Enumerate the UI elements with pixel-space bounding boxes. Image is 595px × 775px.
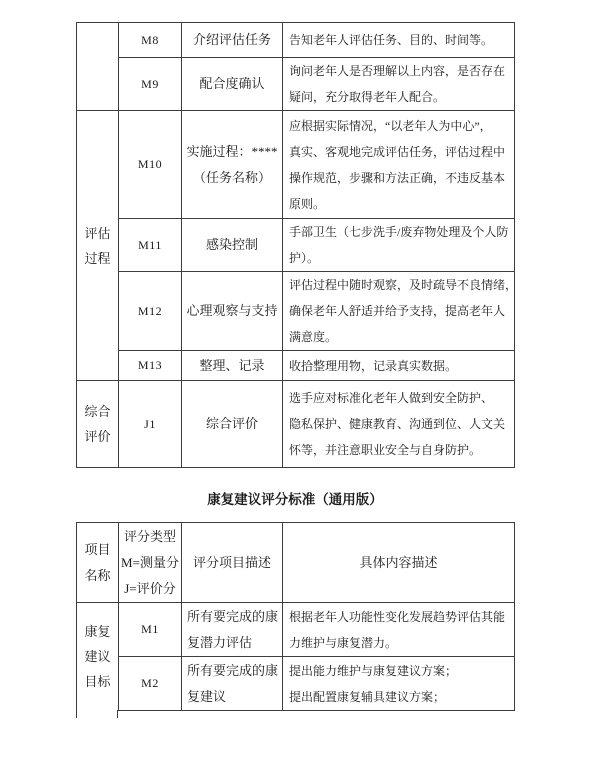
desc-cell: 手部卫生（七步洗手/废弃物处理及个人防 护）。: [283, 219, 515, 272]
table-header-row: 项目 名称 评分类型 M=测量分 J=评价分 评分项目描述 具体内容描述: [77, 523, 515, 603]
table-row: 康复 建议 目标 M1 所有要完成的康 复潜力评估 根据老年人功能性变化发展趋势…: [77, 603, 515, 657]
table-row: M2 所有要完成的康 复建议 提出能力维护与康复建议方案； 提出配置康复辅具建议…: [77, 657, 515, 711]
item-cell: 感染控制: [182, 219, 283, 272]
rehab-suggestion-table: 项目 名称 评分类型 M=测量分 J=评价分 评分项目描述 具体内容描述 康复 …: [76, 522, 515, 711]
desc-cell: 根据老年人功能性变化发展趋势评估其能 力维护与康复潜力。: [283, 603, 515, 657]
desc-cell: 选手应对标准化老年人做到安全防护、 隐私保护、健康教育、沟通到位、人文关 怀等，…: [283, 381, 515, 468]
table-row: M11 感染控制 手部卫生（七步洗手/废弃物处理及个人防 护）。: [77, 219, 515, 272]
item-cell: 实施过程：**** （任务名称）: [182, 111, 283, 219]
desc-cell: 收拾整理用物，记录真实数据。: [283, 351, 515, 381]
code-cell: M9: [119, 58, 182, 111]
desc-cell: 告知老年人评估任务、目的、时间等。: [283, 23, 515, 58]
category-cell-empty: [77, 23, 119, 111]
table-row: M12 心理观察与支持 评估过程中随时观察，及时疏导不良情绪， 确保老年人舒适并…: [77, 272, 515, 351]
section-title: 康复建议评分标准（通用版）: [76, 491, 514, 509]
desc-cell: 应根据实际情况，“以老年人为中心”， 真实、客观地完成评估任务，评估过程中 操作…: [283, 111, 515, 219]
table-continuation-line: [76, 710, 77, 718]
desc-cell: 询问老年人是否理解以上内容，是否存在 疑问，充分取得老年人配合。: [283, 58, 515, 111]
evaluation-process-table: M8 介绍评估任务 告知老年人评估任务、目的、时间等。 M9 配合度确认 询问老…: [76, 22, 515, 468]
table-row: M8 介绍评估任务 告知老年人评估任务、目的、时间等。: [77, 23, 515, 58]
code-cell: M11: [119, 219, 182, 272]
document-page: M8 介绍评估任务 告知老年人评估任务、目的、时间等。 M9 配合度确认 询问老…: [0, 0, 595, 775]
item-cell: 介绍评估任务: [182, 23, 283, 58]
item-cell: 所有要完成的康 复潜力评估: [182, 603, 283, 657]
table-row: 评估 过程 M10 实施过程：**** （任务名称） 应根据实际情况，“以老年人…: [77, 111, 515, 219]
item-cell: 综合评价: [182, 381, 283, 468]
category-cell-overall: 综合 评价: [77, 381, 119, 468]
code-cell: M13: [119, 351, 182, 381]
code-cell: M10: [119, 111, 182, 219]
item-cell: 整理、记录: [182, 351, 283, 381]
code-cell: M8: [119, 23, 182, 58]
code-cell: M2: [119, 657, 182, 711]
header-score-type: 评分类型 M=测量分 J=评价分: [119, 523, 182, 603]
table-continuation-line: [117, 710, 118, 718]
header-item-description: 评分项目描述: [182, 523, 283, 603]
category-cell-process: 评估 过程: [77, 111, 119, 381]
header-content-description: 具体内容描述: [283, 523, 515, 603]
desc-cell: 评估过程中随时观察，及时疏导不良情绪， 确保老年人舒适并给予支持，提高老年人 满…: [283, 272, 515, 351]
desc-cell: 提出能力维护与康复建议方案； 提出配置康复辅具建议方案；: [283, 657, 515, 711]
item-cell: 配合度确认: [182, 58, 283, 111]
code-cell: J1: [119, 381, 182, 468]
category-cell-rehab-goal: 康复 建议 目标: [77, 603, 119, 711]
item-cell: 所有要完成的康 复建议: [182, 657, 283, 711]
code-cell: M12: [119, 272, 182, 351]
code-cell: M1: [119, 603, 182, 657]
item-cell: 心理观察与支持: [182, 272, 283, 351]
table-row: M9 配合度确认 询问老年人是否理解以上内容，是否存在 疑问，充分取得老年人配合…: [77, 58, 515, 111]
table-row: 综合 评价 J1 综合评价 选手应对标准化老年人做到安全防护、 隐私保护、健康教…: [77, 381, 515, 468]
table-row: M13 整理、记录 收拾整理用物，记录真实数据。: [77, 351, 515, 381]
header-project-name: 项目 名称: [77, 523, 119, 603]
